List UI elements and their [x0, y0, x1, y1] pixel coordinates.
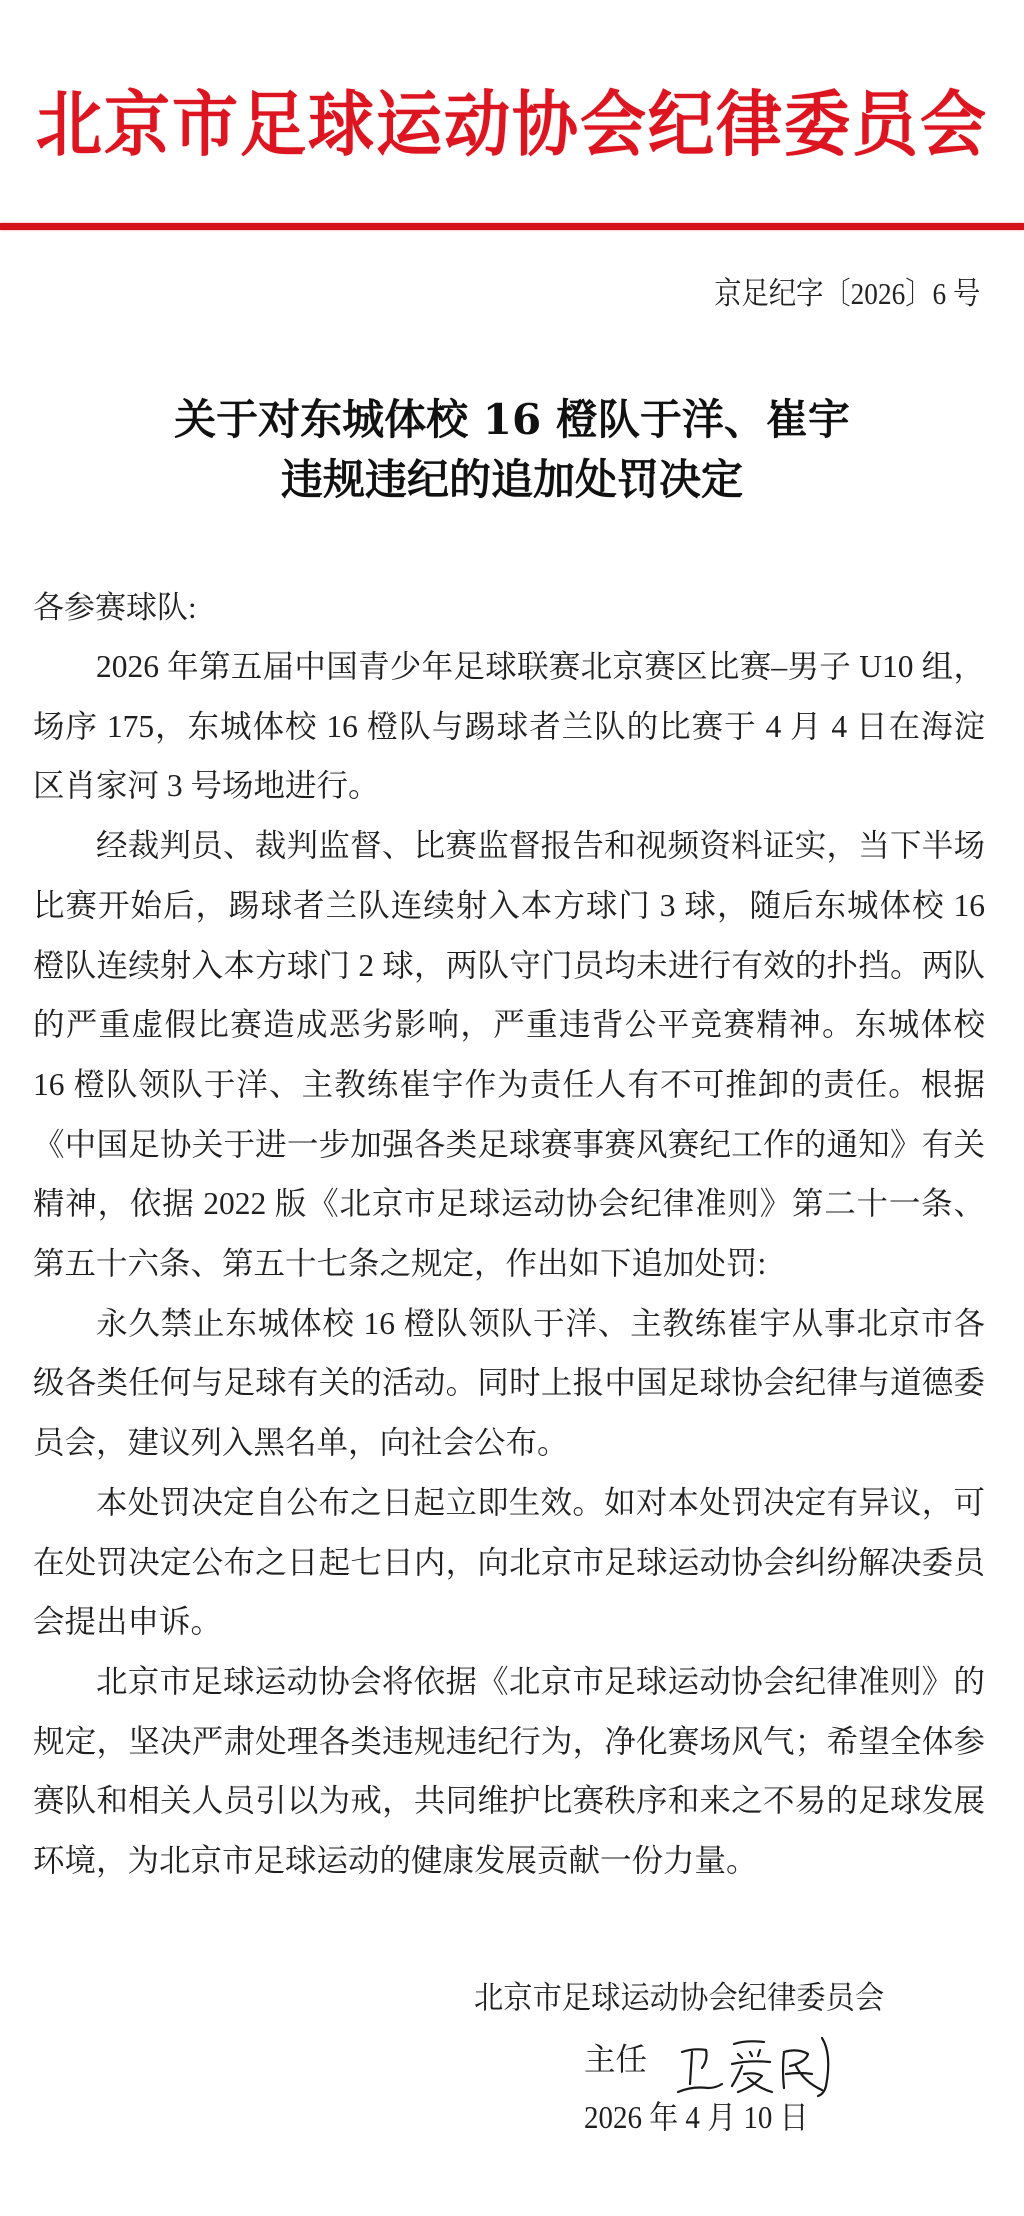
document-number: 京足纪字〔2026〕6 号: [714, 275, 980, 313]
paragraph-effective-appeal: 本处罚决定自公布之日起立即生效。如对本处罚决定有异议，可在处罚决定公布之日起七日…: [33, 1473, 985, 1652]
title-line-2: 违规违纪的追加处罚决定: [0, 450, 1024, 510]
salutation: 各参赛球队:: [33, 588, 197, 628]
paragraph-closing: 北京市足球运动协会将依据《北京市足球运动协会纪律准则》的规定，坚决严肃处理各类违…: [33, 1652, 985, 1891]
signature-date: 2026 年 4 月 10 日: [584, 2098, 809, 2138]
paragraph-findings: 经裁判员、裁判监督、比赛监督报告和视频资料证实，当下半场比赛开始后，踢球者兰队连…: [33, 816, 985, 1294]
title-line-1: 关于对东城体校 16 橙队于洋、崔宇: [0, 390, 1024, 450]
paragraph-penalty: 永久禁止东城体校 16 橙队领队于洋、主教练崔宇从事北京市各级各类任何与足球有关…: [33, 1294, 985, 1473]
signature-organization: 北京市足球运动协会纪律委员会: [474, 1978, 884, 2018]
letterhead-red-rule: [0, 223, 1024, 230]
document-title: 关于对东城体校 16 橙队于洋、崔宇 违规违纪的追加处罚决定: [0, 390, 1024, 510]
signature-role: 主任: [584, 2040, 647, 2080]
document-body: 2026 年第五届中国青少年足球联赛北京赛区比赛–男子 U10 组，场序 175…: [33, 637, 985, 1891]
handwritten-signature-icon: [672, 2030, 840, 2100]
letterhead: 北京市足球运动协会纪律委员会: [0, 82, 1024, 166]
paragraph-match-info: 2026 年第五届中国青少年足球联赛北京赛区比赛–男子 U10 组，场序 175…: [33, 637, 985, 816]
letterhead-organization: 北京市足球运动协会纪律委员会: [36, 79, 988, 170]
